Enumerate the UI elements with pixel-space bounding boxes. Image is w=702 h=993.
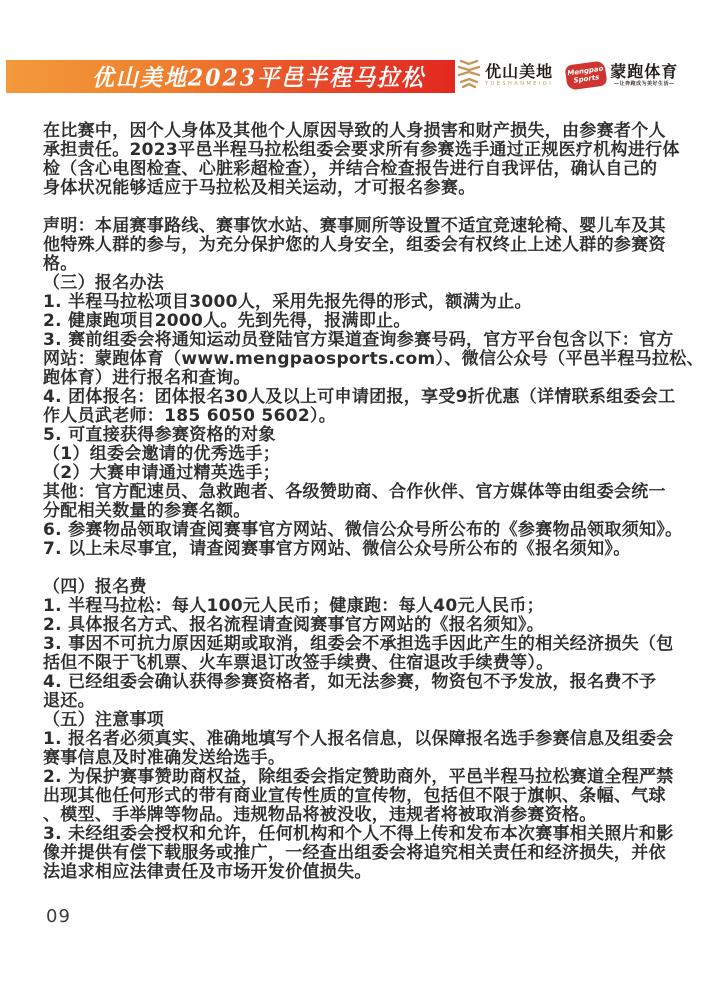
body-line: （1）组委会邀请的优秀选手； — [43, 445, 679, 464]
body-line: 身体状况能够适应于马拉松及相关运动，才可报名参赛。 — [43, 179, 679, 198]
body-line: 4. 已经组委会确认获得参赛资格者，如无法参赛，物资包不予发放，报名费不予 — [43, 673, 679, 692]
body-line: 括但不限于飞机票、火车票退订改签手续费、住宿退改手续费等）。 — [43, 654, 679, 673]
body-line — [43, 559, 679, 578]
body-line: 7. 以上未尽事宜，请查阅赛事官方网站、微信公众号所公布的《报名须知》。 — [43, 540, 679, 559]
body-line: 在比赛中，因个人身体及其他个人原因导致的人身损害和财产损失，由参赛者个人 — [43, 122, 679, 141]
body-line: 4. 团体报名：团体报名30人及以上可申请团报，享受9折优惠（详情联系组委会工 — [43, 388, 679, 407]
body-line: 1. 报名者必须真实、准确地填写个人报名信息，以保障报名选手参赛信息及组委会 — [43, 730, 679, 749]
mengpao-logo-name: 蒙跑体育 — [610, 64, 678, 80]
body-line: 、模型、手举牌等物品。违规物品将被没收，违规者将被取消参赛资格。 — [43, 806, 679, 825]
body-line: 检（含心电图检查、心脏彩超检查），并结合检查报告进行自我评估，确认自己的 — [43, 160, 679, 179]
body-line: 3. 事因不可抗力原因延期或取消，组委会不承担选手因此产生的相关经济损失（包 — [43, 635, 679, 654]
body-line: （五）注意事项 — [43, 711, 679, 730]
body-line: 作人员武老师：185 6050 5602）。 — [43, 407, 679, 426]
body-line: 赛事信息及时准确发送给选手。 — [43, 749, 679, 768]
sponsor-logos: 优山美地 YUESHANMEIDI Mengpao Sports 蒙跑体育 —让… — [457, 52, 678, 98]
youshanmeidi-logo: 优山美地 YUESHANMEIDI — [457, 58, 553, 92]
document-page: 优山美地2023平邑半程马拉松 优山美地 YUESHANMEIDI — [0, 0, 702, 993]
youshanmeidi-logo-subtext: YUESHANMEIDI — [485, 82, 553, 87]
body-line: 出现其他任何形式的带有商业宣传性质的宣传物，包括但不限于旗帜、条幅、气球 — [43, 787, 679, 806]
mengpao-logo: Mengpao Sports 蒙跑体育 —让奔跑成为美好生活— — [566, 63, 678, 88]
body-line: 他特殊人群的参与，为充分保护您的人身安全，组委会有权终止上述人群的参赛资 — [43, 236, 679, 255]
body-line: 2. 为保护赛事赞助商权益，除组委会指定赞助商外，平邑半程马拉松赛道全程严禁 — [43, 768, 679, 787]
body-line: 2. 健康跑项目2000人。先到先得，报满即止。 — [43, 312, 679, 331]
body-line: 6. 参赛物品领取请查阅赛事官方网站、微信公众号所公布的《参赛物品领取须知》。 — [43, 521, 679, 540]
youshanmeidi-logo-icon — [457, 58, 481, 92]
document-body: 在比赛中，因个人身体及其他个人原因导致的人身损害和财产损失，由参赛者个人承担责任… — [43, 122, 679, 882]
page-number: 09 — [46, 906, 71, 927]
mengpao-badge-icon: Mengpao Sports — [565, 60, 608, 90]
body-line: （四）报名费 — [43, 578, 679, 597]
body-line: 格。 — [43, 255, 679, 274]
body-line: 分配相关数量的参赛名额。 — [43, 502, 679, 521]
body-line: 3. 赛前组委会将通知运动员登陆官方渠道查询参赛号码，官方平台包含以下：官方 — [43, 331, 679, 350]
body-line: 其他：官方配速员、急救跑者、各级赞助商、合作伙伴、官方媒体等由组委会统一 — [43, 483, 679, 502]
body-line: 退还。 — [43, 692, 679, 711]
body-line: 法追求相应法律责任及市场开发价值损失。 — [43, 863, 679, 882]
body-line: 5. 可直接获得参赛资格的对象 — [43, 426, 679, 445]
mengpao-logo-tagline: —让奔跑成为美好生活— — [614, 82, 675, 87]
body-line: 网站：蒙跑体育（www.mengpaosports.com）、微信公众号（平邑半… — [43, 350, 679, 369]
body-line: 1. 半程马拉松项目3000人，采用先报先得的形式，额满为止。 — [43, 293, 679, 312]
body-line: （2）大赛申请通过精英选手； — [43, 464, 679, 483]
body-line: （三）报名办法 — [43, 274, 679, 293]
body-line: 承担责任。2023平邑半程马拉松组委会要求所有参赛选手通过正规医疗机构进行体 — [43, 141, 679, 160]
youshanmeidi-logo-name: 优山美地 — [485, 64, 553, 80]
body-line: 跑体育）进行报名和查询。 — [43, 369, 679, 388]
body-line: 2. 具体报名方式、报名流程请查阅赛事官方网站的《报名须知》。 — [43, 616, 679, 635]
body-line: 3. 未经组委会授权和允许，任何机构和个人不得上传和发布本次赛事相关照片和影 — [43, 825, 679, 844]
body-line: 1. 半程马拉松：每人100元人民币；健康跑：每人40元人民币； — [43, 597, 679, 616]
event-title: 优山美地2023平邑半程马拉松 — [92, 60, 425, 93]
body-line — [43, 198, 679, 217]
body-line: 像并提供有偿下载服务或推广，一经查出组委会将追究相关责任和经济损失，并依 — [43, 844, 679, 863]
body-line: 声明：本届赛事路线、赛事饮水站、赛事厕所等设置不适宜竞速轮椅、婴儿车及其 — [43, 217, 679, 236]
event-title-banner: 优山美地2023平邑半程马拉松 — [6, 60, 455, 93]
